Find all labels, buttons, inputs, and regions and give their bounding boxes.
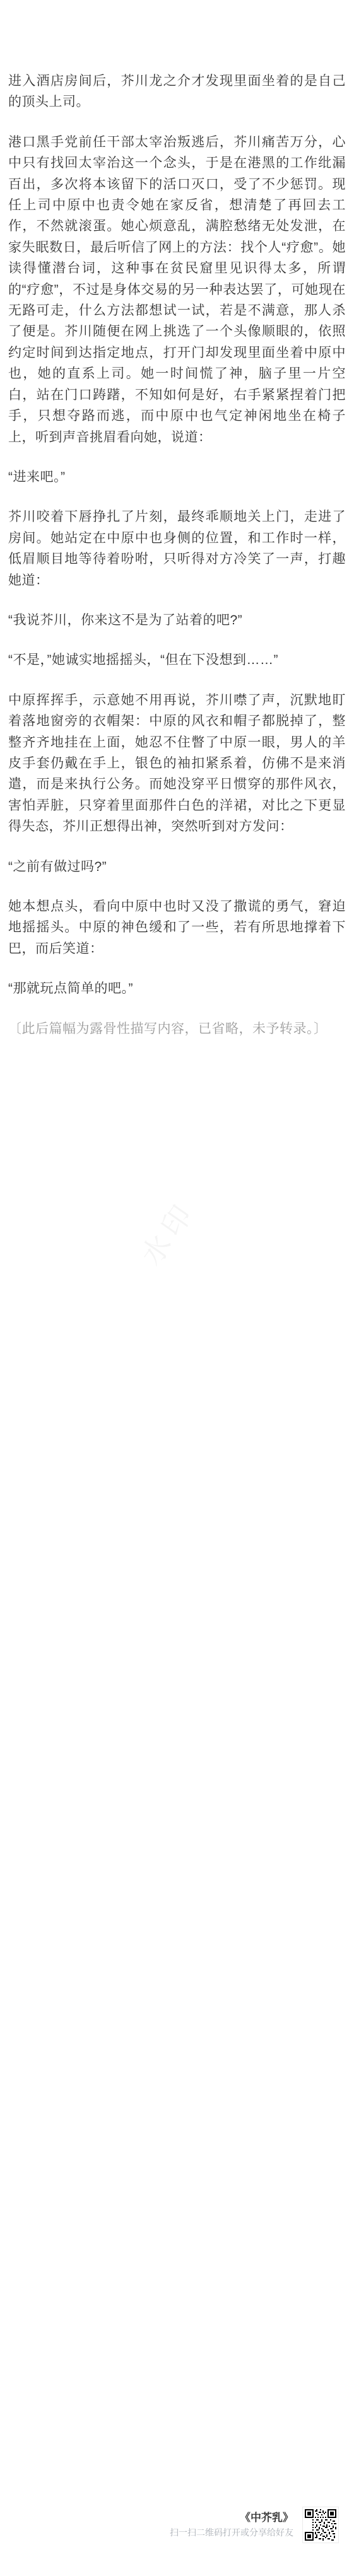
- story-paragraph: “进来吧。”: [8, 467, 346, 487]
- story-paragraph: 芥川咬着下唇挣扎了片刻，最终乖顺地关上门，走进了房间。她站定在中原中也身侧的位置…: [8, 506, 346, 591]
- story-paragraph: “不是，”她诚实地摇摇头，“但在下没想到……”: [8, 650, 346, 670]
- story-text: 进入酒店房间后，芥川龙之介才发现里面坐着的是自己的顶头上司。港口黑手党前任干部太…: [0, 0, 354, 1000]
- story-paragraph: 中原挥挥手，示意她不用再说，芥川噤了声，沉默地盯着落地窗旁的衣帽架：中原的风衣和…: [8, 690, 346, 837]
- watermark: 水印: [129, 1191, 204, 1273]
- share-title: 《中芥乳》: [170, 2510, 293, 2526]
- story-paragraph: “之前有做过吗?”: [8, 856, 346, 877]
- share-caption: 扫一扫二维码打开或分享给好友: [170, 2526, 293, 2539]
- story-paragraph: 她本想点头，看向中原中也时又没了撒谎的勇气，窘迫地摇摇头。中原的神色缓和了一些，…: [8, 896, 346, 959]
- story-paragraph: “那就玩点简单的吧。”: [8, 978, 346, 999]
- story-paragraph: 港口黑手党前任干部太宰治叛逃后，芥川痛苦万分，心中只有找回太宰治这一个念头，于是…: [8, 132, 346, 448]
- redacted-content-note: 〔此后篇幅为露骨性描写内容，已省略，未予转录。〕: [8, 1018, 346, 1039]
- share-footer: 《中芥乳》 扫一扫二维码打开或分享给好友: [170, 2507, 339, 2543]
- story-paragraph: 进入酒店房间后，芥川龙之介才发现里面坐着的是自己的顶头上司。: [8, 71, 346, 113]
- qr-code: [302, 2507, 339, 2543]
- story-paragraph: “我说芥川，你来这不是为了站着的吧?”: [8, 610, 346, 631]
- qr-code-pattern: [305, 2509, 336, 2541]
